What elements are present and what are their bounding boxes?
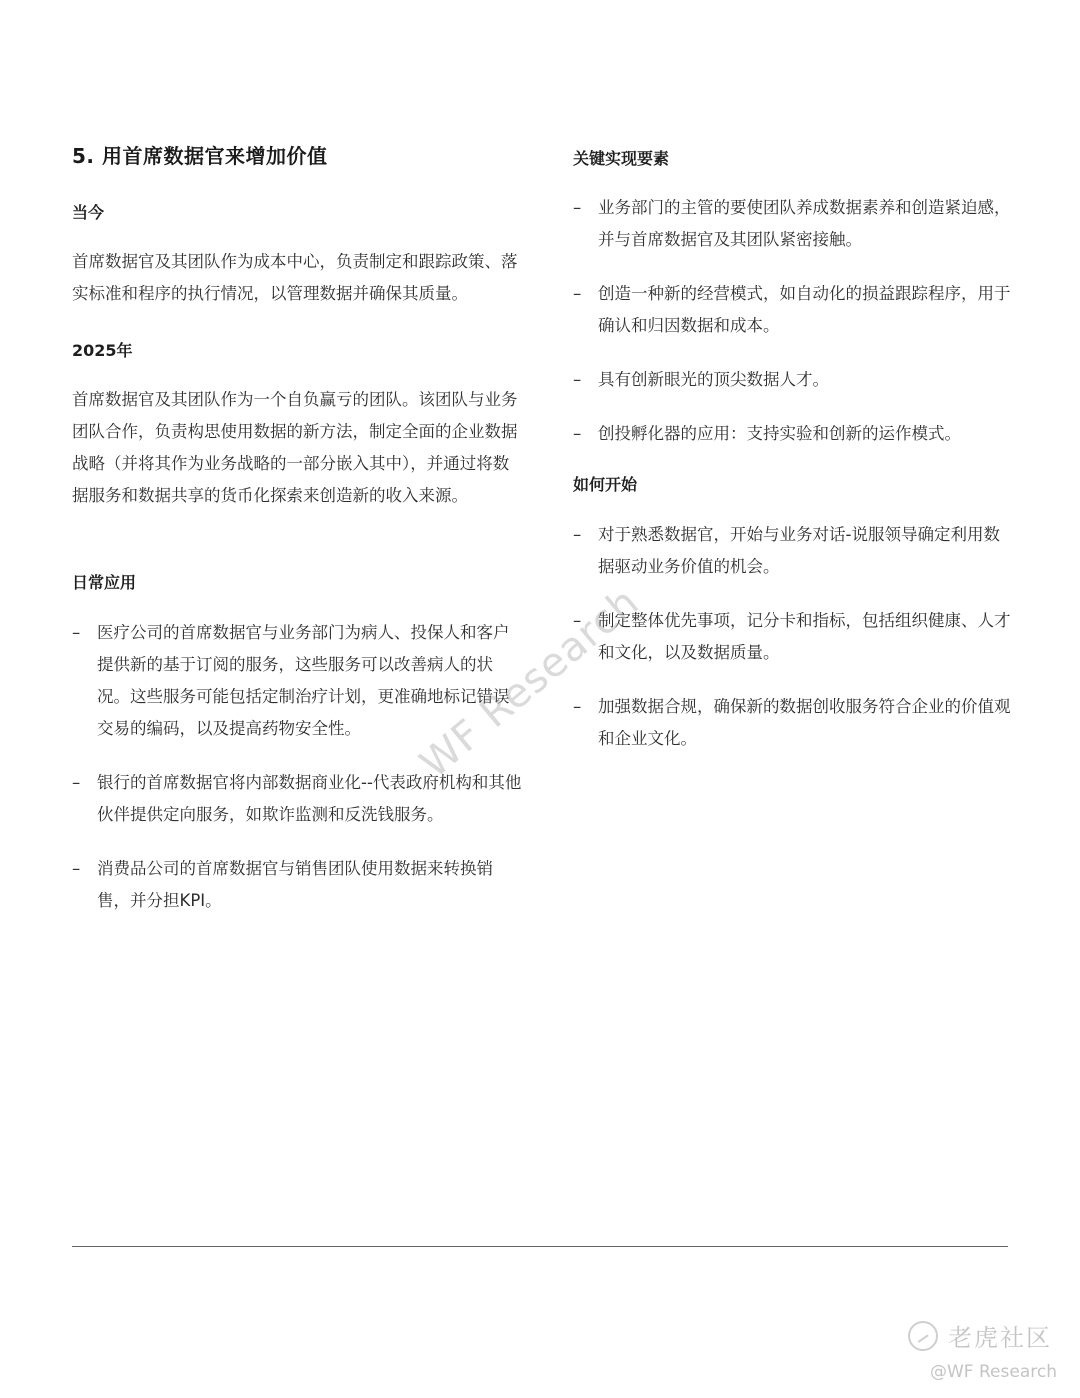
dash-bullet-icon: – (573, 605, 585, 637)
list-item-text: 对于熟悉数据官，开始与业务对话-说服领导确定利用数据驱动业务价值的机会。 (598, 525, 1000, 576)
footer-divider (72, 1246, 1008, 1247)
heading-key-elements: 关键实现要素 (573, 146, 669, 169)
list-item: – 消费品公司的首席数据官与销售团队使用数据来转换销售，并分担KPI。 (72, 853, 522, 917)
list-item: – 医疗公司的首席数据官与业务部门为病人、投保人和客户提供新的基于订阅的服务，这… (72, 617, 522, 745)
list-item-text: 创投孵化器的应用：支持实验和创新的运作模式。 (598, 424, 961, 443)
list-item-text: 医疗公司的首席数据官与业务部门为病人、投保人和客户提供新的基于订阅的服务，这些服… (97, 623, 510, 738)
heading-2025: 2025年 (72, 338, 133, 361)
dash-bullet-icon: – (72, 853, 84, 885)
list-item: – 具有创新眼光的顶尖数据人才。 (573, 364, 1013, 396)
heading-today: 当今 (72, 200, 104, 223)
dash-bullet-icon: – (72, 617, 84, 649)
future-paragraph: 首席数据官及其团队作为一个自负赢亏的团队。该团队与业务团队合作，负责构思使用数据… (72, 384, 524, 512)
key-elements-list: – 业务部门的主管的要使团队养成数据素养和创造紧迫感，并与首席数据官及其团队紧密… (573, 192, 1013, 450)
list-item: – 加强数据合规，确保新的数据创收服务符合企业的价值观和企业文化。 (573, 691, 1013, 755)
list-item: – 创造一种新的经营模式，如自动化的损益跟踪程序，用于确认和归因数据和成本。 (573, 278, 1013, 342)
author-handle: @WF Research (930, 1362, 1057, 1382)
dash-bullet-icon: – (573, 278, 585, 310)
list-item-text: 消费品公司的首席数据官与销售团队使用数据来转换销售，并分担KPI。 (97, 859, 493, 910)
dash-bullet-icon: – (573, 691, 585, 723)
list-item-text: 创造一种新的经营模式，如自动化的损益跟踪程序，用于确认和归因数据和成本。 (598, 284, 1011, 335)
list-item-text: 加强数据合规，确保新的数据创收服务符合企业的价值观和企业文化。 (598, 697, 1011, 748)
dash-bullet-icon: – (573, 192, 585, 224)
how-to-start-list: – 对于熟悉数据官，开始与业务对话-说服领导确定利用数据驱动业务价值的机会。 –… (573, 519, 1013, 755)
list-item: – 创投孵化器的应用：支持实验和创新的运作模式。 (573, 418, 1013, 450)
dash-bullet-icon: – (573, 364, 585, 396)
dash-bullet-icon: – (573, 418, 585, 450)
list-item-text: 业务部门的主管的要使团队养成数据素养和创造紧迫感，并与首席数据官及其团队紧密接触… (598, 198, 1011, 249)
list-item: – 银行的首席数据官将内部数据商业化--代表政府机构和其他伙伴提供定向服务，如欺… (72, 767, 522, 831)
today-paragraph: 首席数据官及其团队作为成本中心，负责制定和跟踪政策、落实标准和程序的执行情况，以… (72, 246, 532, 310)
heading-daily-use: 日常应用 (72, 570, 136, 593)
tiger-community-logo-icon (908, 1321, 938, 1351)
heading-how-to-start: 如何开始 (573, 472, 637, 495)
list-item: – 业务部门的主管的要使团队养成数据素养和创造紧迫感，并与首席数据官及其团队紧密… (573, 192, 1013, 256)
brand-name: 老虎社区 (948, 1318, 1052, 1353)
daily-use-list: – 医疗公司的首席数据官与业务部门为病人、投保人和客户提供新的基于订阅的服务，这… (72, 617, 522, 917)
dash-bullet-icon: – (573, 519, 585, 551)
list-item: – 制定整体优先事项，记分卡和指标，包括组织健康、人才和文化，以及数据质量。 (573, 605, 1013, 669)
dash-bullet-icon: – (72, 767, 84, 799)
list-item-text: 具有创新眼光的顶尖数据人才。 (598, 370, 829, 389)
brand-logo: 老虎社区 (908, 1318, 1052, 1353)
list-item-text: 制定整体优先事项，记分卡和指标，包括组织健康、人才和文化，以及数据质量。 (598, 611, 1011, 662)
section-title: 5. 用首席数据官来增加价值 (72, 140, 327, 169)
list-item-text: 银行的首席数据官将内部数据商业化--代表政府机构和其他伙伴提供定向服务，如欺诈监… (97, 773, 521, 824)
list-item: – 对于熟悉数据官，开始与业务对话-说服领导确定利用数据驱动业务价值的机会。 (573, 519, 1013, 583)
